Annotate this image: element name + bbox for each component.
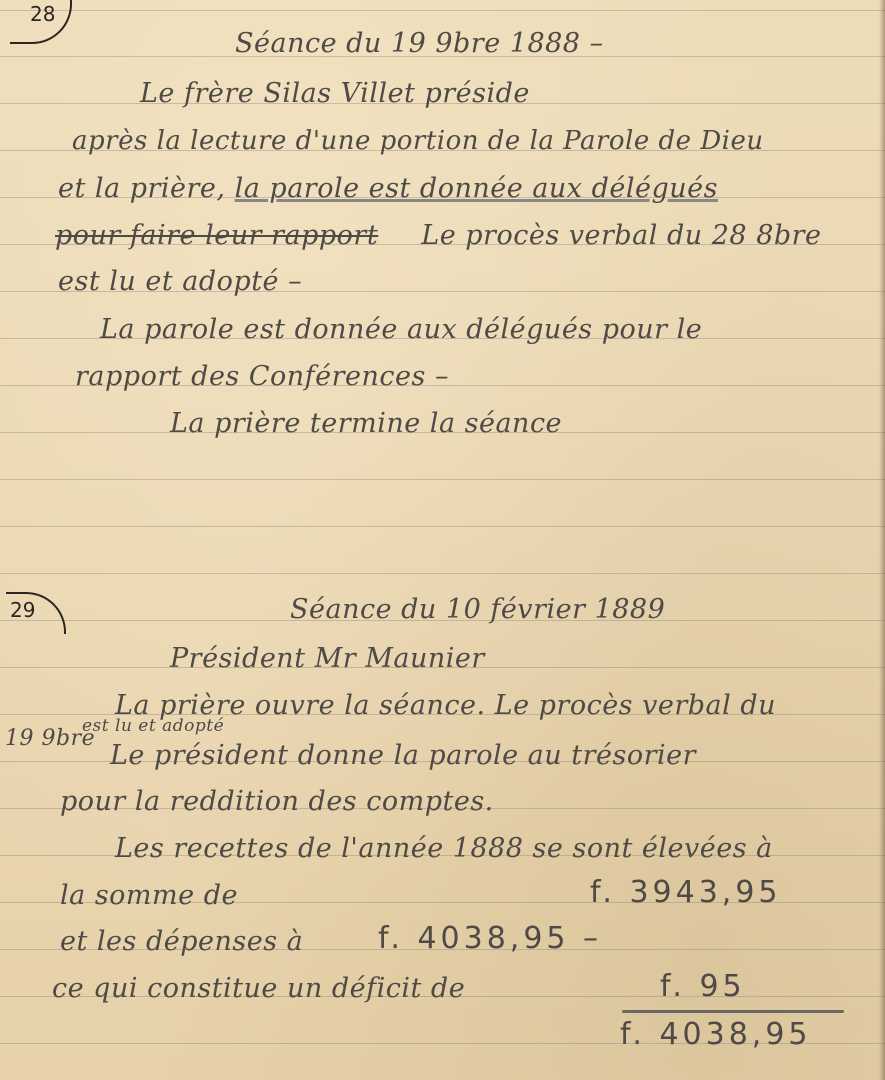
- deficit-value: f. 95: [660, 972, 746, 1002]
- entry-line: La parole est donnée aux délégués pour l…: [100, 316, 702, 343]
- line-text: et la prière,: [58, 173, 235, 204]
- total-rule: [622, 1010, 844, 1013]
- entry-line: La prière ouvre la séance. Le procès ver…: [115, 692, 776, 719]
- receipts-label: la somme de: [60, 882, 238, 909]
- entry-line: Le président donne la parole au trésorie…: [110, 742, 696, 769]
- deficit-label: ce qui constitue un déficit de: [52, 975, 465, 1002]
- total-value: f. 4038,95: [620, 1020, 812, 1050]
- entry-line: Les recettes de l'année 1888 se sont éle…: [115, 835, 773, 862]
- entry-line: après la lecture d'une portion de la Par…: [72, 128, 764, 154]
- receipts-value: f. 3943,95: [590, 878, 782, 908]
- struck-text: pour faire leur rapport: [55, 220, 378, 251]
- entry-line: Le frère Silas Villet préside: [140, 80, 530, 107]
- entry-line: rapport des Conférences –: [75, 363, 449, 390]
- manuscript-page: 28 Séance du 19 9bre 1888 – Le frère Sil…: [0, 0, 885, 1080]
- entry-line: pour la reddition des comptes.: [60, 788, 494, 815]
- struck-text: la parole est donnée aux délégués: [235, 173, 718, 204]
- entry-line: La prière termine la séance: [170, 410, 562, 437]
- entry-line: et la prière, la parole est donnée aux d…: [58, 175, 718, 202]
- line-text: Le procès verbal du 28 8bre: [421, 220, 821, 251]
- entry-title: Séance du 10 février 1889: [290, 596, 665, 623]
- expenses-value: f. 4038,95 –: [378, 924, 602, 954]
- entry-line: pour faire leur rapport Le procès verbal…: [55, 222, 822, 249]
- page-marker-28: 28: [30, 2, 55, 26]
- entry-line: est lu et adopté –: [58, 268, 302, 295]
- ruled-lines: [0, 0, 885, 1080]
- expenses-label: et les dépenses à: [60, 928, 303, 955]
- president-line: Président Mr Maunier: [170, 645, 485, 672]
- page-edge-shadow: [879, 0, 885, 1080]
- interlinear-note: est lu et adopté: [82, 718, 224, 735]
- page-marker-29: 29: [10, 598, 35, 622]
- entry-title: Séance du 19 9bre 1888 –: [235, 30, 604, 57]
